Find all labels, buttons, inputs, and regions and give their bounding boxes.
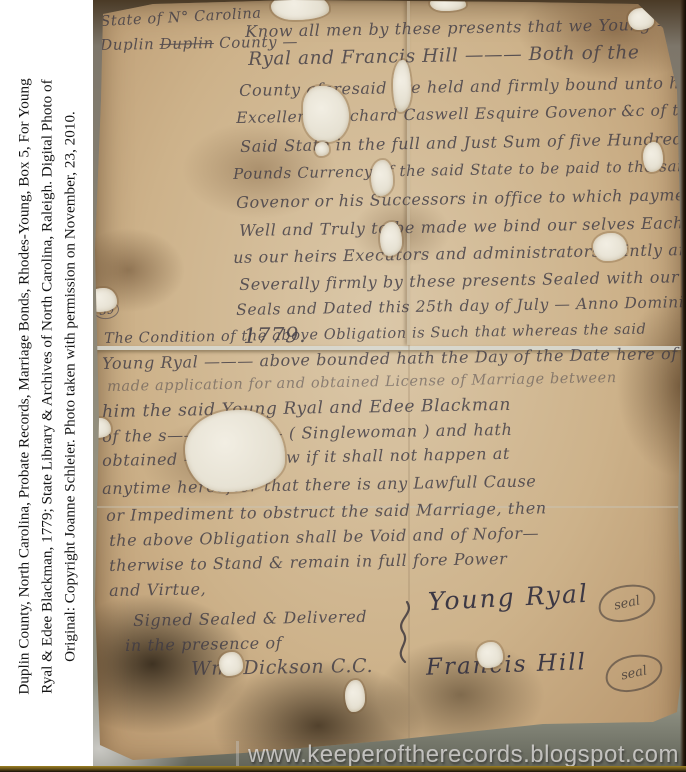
handwritten-line: obtained ————, Now if it shall not happe…	[102, 444, 510, 470]
seal-stamp: seal	[602, 649, 666, 696]
handwritten-line: Ryal and Francis Hill ——— Both of the	[248, 42, 640, 70]
torn-hole	[271, 0, 329, 20]
attestation-line: in the presence of	[125, 633, 282, 655]
handwritten-line: Govenor or his Successors in office to w…	[236, 185, 686, 212]
pen-flourish-icon	[389, 600, 415, 669]
parchment: State of N° Carolina Duplin Duplin Count…	[93, 0, 686, 772]
torn-hole	[430, 0, 466, 11]
caption-line-2: Ryal & Edee Blackman, 1779; State Librar…	[35, 0, 58, 772]
torn-hole	[345, 680, 365, 712]
torn-hole	[315, 142, 329, 156]
handwritten-line: of the s——————— ( Singlewoman ) and hath	[102, 420, 513, 446]
document-photo: State of N° Carolina Duplin Duplin Count…	[93, 0, 686, 772]
caption-line-3: Original: Copyright Joanne Schleier. Pho…	[58, 0, 81, 772]
handwritten-line: him the said Young Ryal and Edee Blackma…	[102, 395, 511, 422]
handwritten-line: anytime hereafter that there is any Lawf…	[102, 471, 537, 498]
handwritten-line: Seals and Dated this 25th day of July — …	[236, 293, 685, 319]
torn-hole	[371, 160, 393, 196]
caption-strip: Duplin County, North Carolina, Probate R…	[0, 0, 93, 772]
torn-hole	[643, 142, 663, 172]
caption-rotated-block: Duplin County, North Carolina, Probate R…	[0, 0, 93, 772]
torn-hole	[477, 642, 503, 668]
torn-hole	[219, 652, 243, 676]
seal-stamp: seal	[595, 579, 659, 626]
handwritten-line: Pounds Currency of the said State to be …	[233, 157, 686, 183]
scan-photo: Duplin County, North Carolina, Probate R…	[0, 0, 686, 772]
torn-hole	[593, 233, 627, 261]
watermark: www.keeperoftherecords.blogspot.com	[236, 741, 679, 769]
place-heading-line: State of N° Carolina	[100, 6, 262, 30]
bottom-border	[0, 766, 686, 772]
handwritten-line: and Virtue,	[109, 579, 206, 600]
handwritten-line: or Impediment to obstruct the said Marri…	[106, 498, 547, 525]
handwritten-line: Severally firmly by these presents Seale…	[239, 267, 679, 294]
torn-hole	[93, 288, 117, 312]
handwritten-line: Said State in the full and Just Sum of f…	[240, 129, 684, 156]
photo-edge-shadow	[680, 0, 686, 772]
torn-hole	[185, 410, 285, 492]
handwritten-line: therwise to Stand & remain in full fore …	[109, 549, 507, 575]
signature-francis-hill: Francis Hill	[426, 649, 588, 681]
witness-signature: Wm. Dickson C.C.	[191, 655, 373, 680]
signature-young-ryal: Young Ryal	[427, 579, 589, 616]
torn-hole	[628, 8, 654, 30]
handwritten-line: the above Obligation shall be Void and o…	[109, 523, 539, 550]
torn-hole	[380, 222, 402, 256]
handwritten-line: The Condition of the above Obligation is…	[104, 322, 647, 347]
place-word: Duplin	[100, 35, 160, 54]
handwritten-line: made application for and obtained Licens…	[107, 370, 617, 395]
caption-line-1: Duplin County, North Carolina, Probate R…	[12, 0, 35, 772]
struck-word: Duplin	[160, 34, 214, 53]
torn-hole	[393, 60, 411, 112]
attestation-line: Signed Sealed & Delivered	[133, 607, 367, 630]
